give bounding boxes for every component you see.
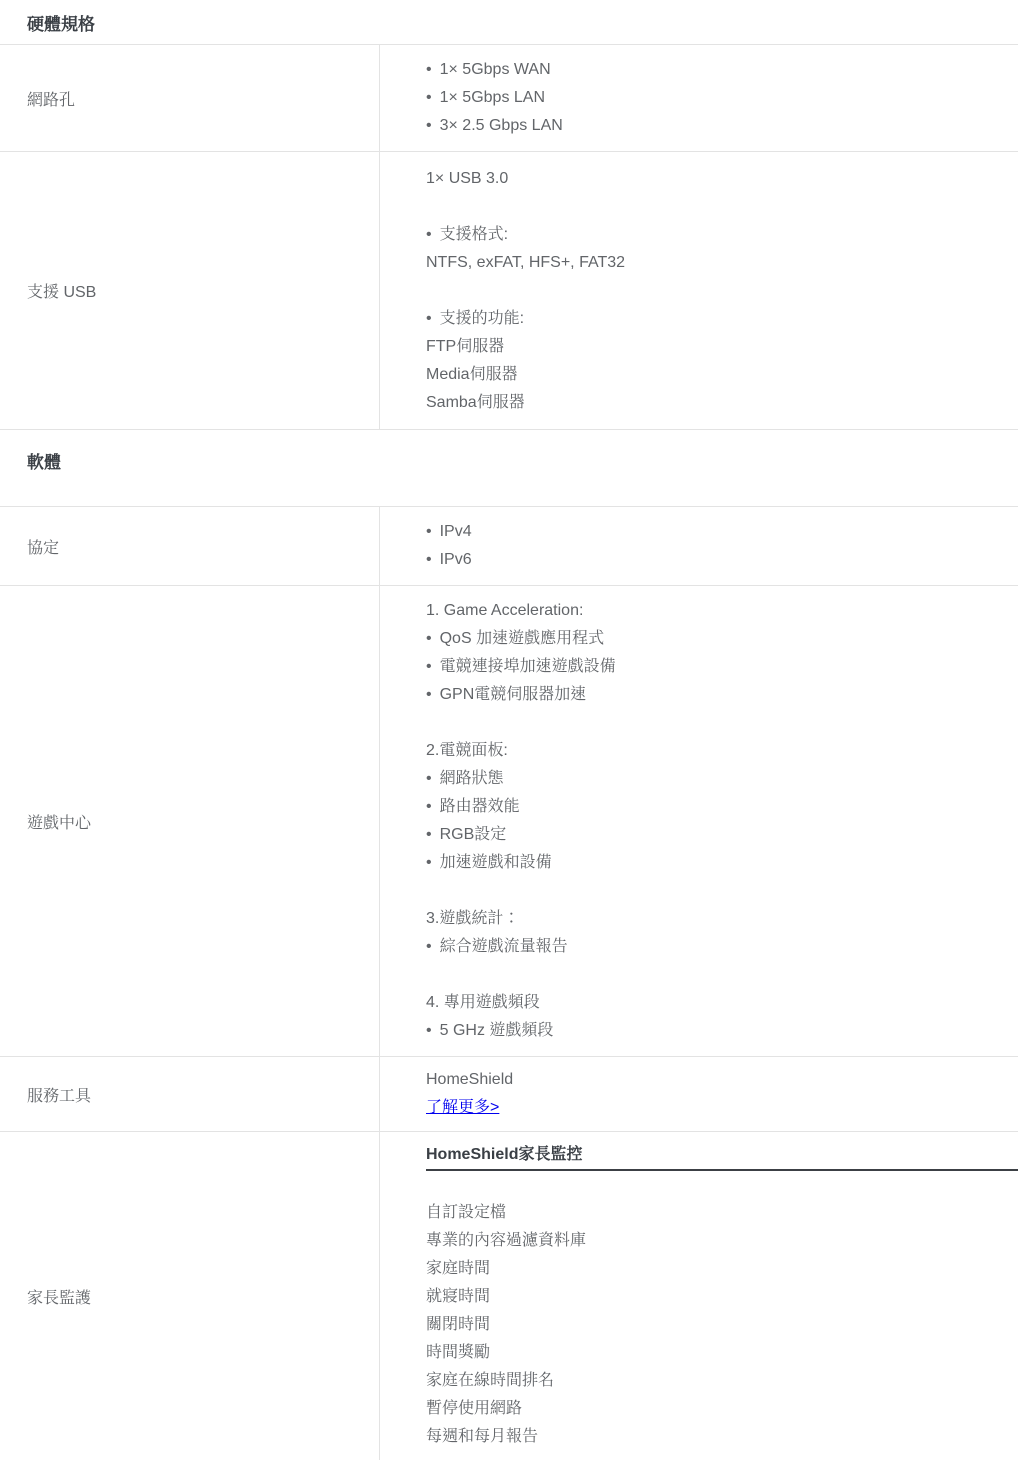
- content-line: •支援格式:: [426, 221, 1018, 249]
- content-line: 1. Game Acceleration:: [426, 597, 1018, 625]
- section-title-hardware: 硬體規格: [0, 10, 95, 35]
- bullet-icon: •: [426, 117, 432, 134]
- bullet-icon: •: [426, 310, 432, 327]
- bullet-icon: •: [426, 826, 432, 843]
- bullet-icon: •: [426, 523, 432, 540]
- bullet-icon: •: [426, 61, 432, 78]
- content-line: •3× 2.5 Gbps LAN: [426, 112, 1018, 140]
- content-line: •5 GHz 遊戲頻段: [426, 1017, 1018, 1045]
- bullet-icon: •: [426, 798, 432, 815]
- content-line-text: IPv4: [440, 523, 472, 540]
- row-label-game-center: 遊戲中心: [0, 586, 380, 1056]
- content-line-text: 加速遊戲和設備: [440, 854, 552, 871]
- content-line: •GPN電競伺服器加速: [426, 681, 1018, 709]
- content-line: 3.遊戲統計：: [426, 905, 1018, 933]
- content-line: 就寢時間: [426, 1283, 1018, 1311]
- content-line: •路由器效能: [426, 793, 1018, 821]
- row-content-parental-controls: HomeShield家長監控自訂設定檔專業的內容過濾資料庫家庭時間就寢時間關閉時…: [380, 1132, 1018, 1460]
- row-content-protocol: •IPv4•IPv6: [380, 507, 1018, 585]
- bullet-icon: •: [426, 226, 432, 243]
- section-header-software: 軟體: [0, 429, 1018, 506]
- row-label-protocol: 協定: [0, 507, 380, 585]
- content-line-text: 綜合遊戲流量報告: [440, 938, 568, 955]
- content-line-text: 5 GHz 遊戲頻段: [440, 1022, 554, 1039]
- content-line: •電競連接埠加速遊戲設備: [426, 653, 1018, 681]
- bullet-icon: •: [426, 630, 432, 647]
- row-label-ports: 網路孔: [0, 45, 380, 151]
- content-line: 自訂設定檔: [426, 1199, 1018, 1227]
- row-content-service-tools: HomeShield了解更多>: [380, 1057, 1018, 1131]
- bullet-icon: •: [426, 551, 432, 568]
- spec-row-game-center: 遊戲中心 1. Game Acceleration:•QoS 加速遊戲應用程式•…: [0, 585, 1018, 1056]
- content-line-text: GPN電競伺服器加速: [440, 686, 587, 703]
- content-line: 每週和每月報告: [426, 1423, 1018, 1451]
- content-line-text: 支援的功能:: [440, 310, 524, 327]
- content-line: •IPv4: [426, 518, 1018, 546]
- content-heading: HomeShield家長監控: [426, 1141, 1018, 1171]
- row-content-ports: •1× 5Gbps WAN•1× 5Gbps LAN•3× 2.5 Gbps L…: [380, 45, 1018, 151]
- content-line-text: 網路狀態: [440, 770, 504, 787]
- content-line: 家庭在線時間排名: [426, 1367, 1018, 1395]
- content-line: 1× USB 3.0: [426, 165, 1018, 193]
- content-line: Samba伺服器: [426, 389, 1018, 417]
- content-line: 關閉時間: [426, 1311, 1018, 1339]
- content-line: 2.電競面板:: [426, 737, 1018, 765]
- content-line: •QoS 加速遊戲應用程式: [426, 625, 1018, 653]
- spec-row-protocol: 協定 •IPv4•IPv6: [0, 506, 1018, 585]
- spec-row-ports: 網路孔 •1× 5Gbps WAN•1× 5Gbps LAN•3× 2.5 Gb…: [0, 44, 1018, 151]
- content-line: 4. 專用遊戲頻段: [426, 989, 1018, 1017]
- content-line: •1× 5Gbps LAN: [426, 84, 1018, 112]
- bullet-icon: •: [426, 686, 432, 703]
- content-line: HomeShield: [426, 1066, 1018, 1094]
- content-line: 專業的內容過濾資料庫: [426, 1227, 1018, 1255]
- content-line-text: IPv6: [440, 551, 472, 568]
- content-line-text: 支援格式:: [440, 226, 508, 243]
- content-spacer: [426, 277, 1018, 305]
- content-line-text: 3× 2.5 Gbps LAN: [440, 117, 563, 134]
- content-line-text: QoS 加速遊戲應用程式: [440, 630, 604, 647]
- row-label-usb: 支援 USB: [0, 152, 380, 429]
- row-content-game-center: 1. Game Acceleration:•QoS 加速遊戲應用程式•電競連接埠…: [380, 586, 1018, 1056]
- content-line-text: 1× 5Gbps WAN: [440, 61, 551, 78]
- content-line-text: 1× 5Gbps LAN: [440, 89, 545, 106]
- content-line: •IPv6: [426, 546, 1018, 574]
- content-line-text: 路由器效能: [440, 798, 520, 815]
- content-spacer: [426, 961, 1018, 989]
- content-line: NTFS, exFAT, HFS+, FAT32: [426, 249, 1018, 277]
- content-line: •RGB設定: [426, 821, 1018, 849]
- content-line: •1× 5Gbps WAN: [426, 56, 1018, 84]
- content-line-text: RGB設定: [440, 826, 507, 843]
- spec-row-parental-controls: 家長監護 HomeShield家長監控自訂設定檔專業的內容過濾資料庫家庭時間就寢…: [0, 1131, 1018, 1460]
- content-spacer: [426, 709, 1018, 737]
- content-line: •綜合遊戲流量報告: [426, 933, 1018, 961]
- content-line: •加速遊戲和設備: [426, 849, 1018, 877]
- content-line: 時間獎勵: [426, 1339, 1018, 1367]
- bullet-icon: •: [426, 938, 432, 955]
- bullet-icon: •: [426, 854, 432, 871]
- learn-more-link[interactable]: 了解更多>: [426, 1094, 499, 1122]
- bullet-icon: •: [426, 770, 432, 787]
- bullet-icon: •: [426, 658, 432, 675]
- bullet-icon: •: [426, 1022, 432, 1039]
- row-content-usb: 1× USB 3.0•支援格式:NTFS, exFAT, HFS+, FAT32…: [380, 152, 1018, 429]
- spec-row-usb: 支援 USB 1× USB 3.0•支援格式:NTFS, exFAT, HFS+…: [0, 151, 1018, 429]
- content-line: FTP伺服器: [426, 333, 1018, 361]
- content-line-text: 電競連接埠加速遊戲設備: [440, 658, 616, 675]
- bullet-icon: •: [426, 89, 432, 106]
- content-line: Media伺服器: [426, 361, 1018, 389]
- content-spacer: [426, 877, 1018, 905]
- content-line: 家庭時間: [426, 1255, 1018, 1283]
- content-line: •支援的功能:: [426, 305, 1018, 333]
- content-spacer: [426, 1171, 1018, 1199]
- section-title-software: 軟體: [0, 448, 61, 488]
- content-line: •網路狀態: [426, 765, 1018, 793]
- section-header-hardware: 硬體規格: [0, 0, 1018, 44]
- spec-table: 硬體規格 網路孔 •1× 5Gbps WAN•1× 5Gbps LAN•3× 2…: [0, 0, 1018, 1460]
- row-label-parental-controls: 家長監護: [0, 1132, 380, 1460]
- content-line: 暫停使用網路: [426, 1395, 1018, 1423]
- row-label-service-tools: 服務工具: [0, 1057, 380, 1131]
- content-spacer: [426, 193, 1018, 221]
- spec-row-service-tools: 服務工具 HomeShield了解更多>: [0, 1056, 1018, 1131]
